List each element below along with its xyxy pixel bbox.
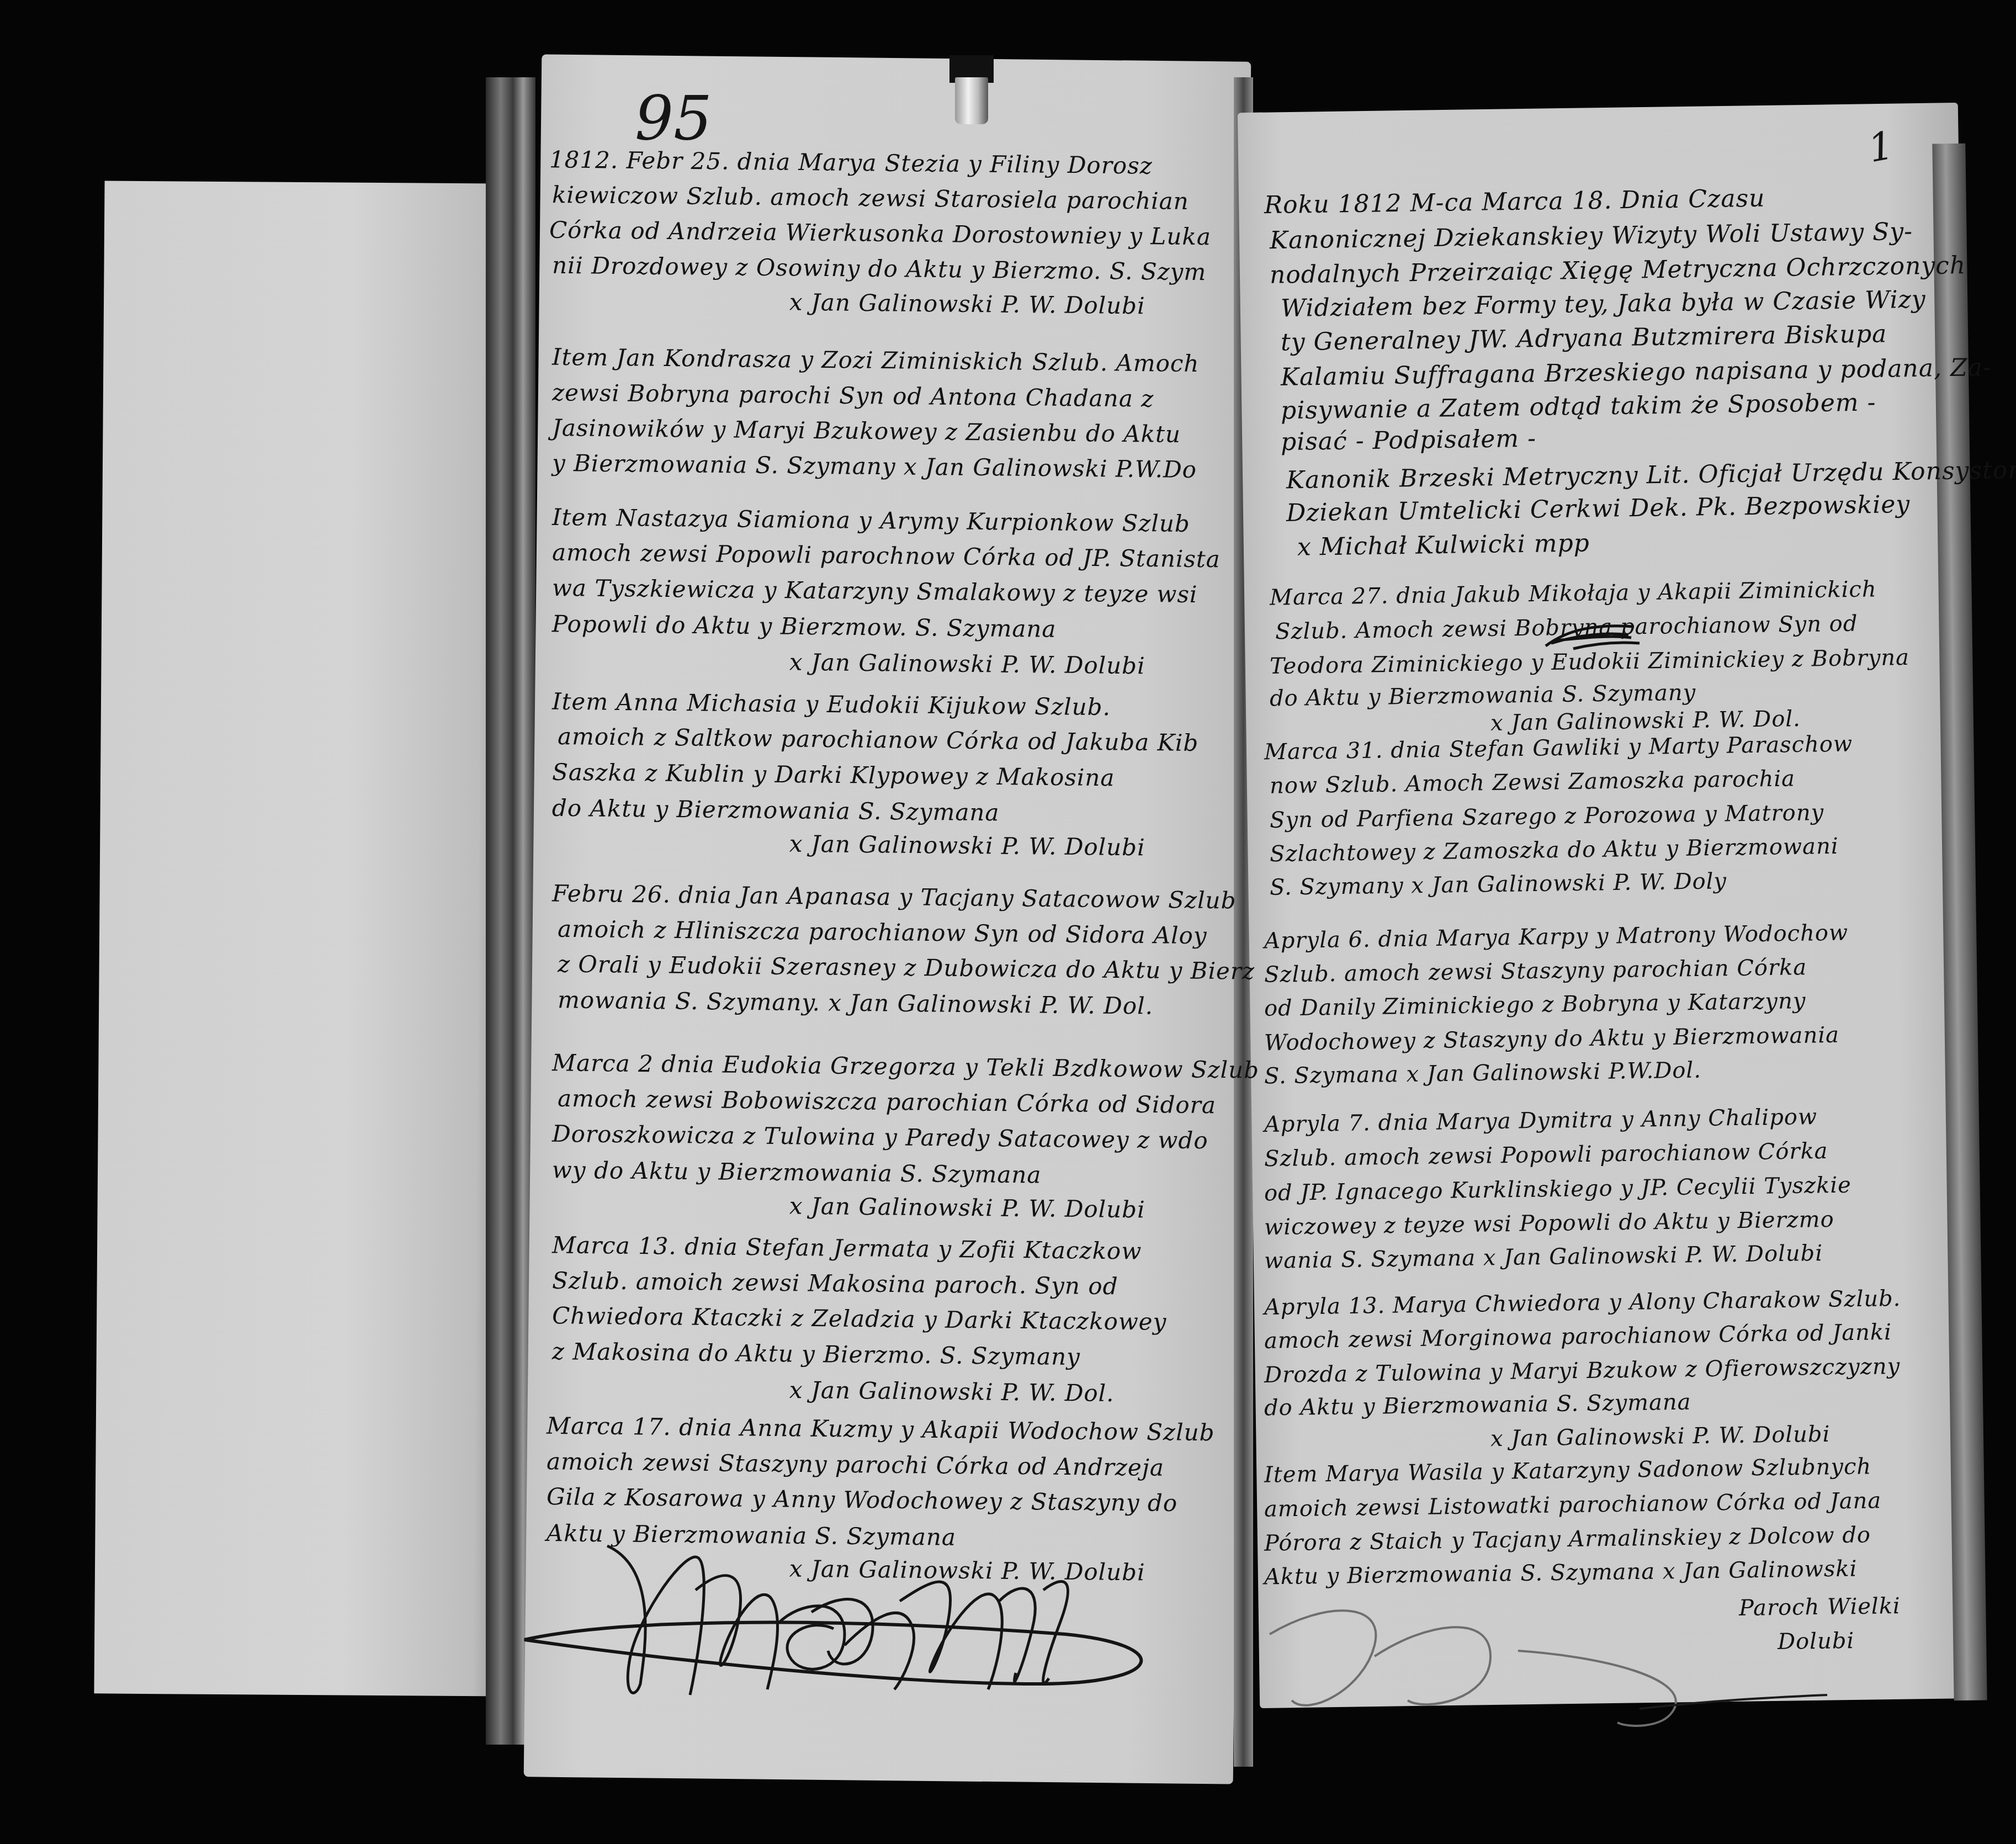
scribble-mark (1540, 618, 1645, 657)
blank-facing-page (94, 181, 516, 1696)
register-line: pisać - Podpisałem - (1281, 425, 1537, 456)
register-line: do Aktu y Bierzmowania S. Szymana (552, 794, 1000, 826)
folio-number-left: 95 (635, 83, 712, 153)
register-line: Popowli do Aktu y Bierzmow. S. Szymana (552, 610, 1057, 643)
priest-signature: x Jan Galinowski P. W. Dol. (789, 1376, 1115, 1407)
register-line: wy do Aktu y Bierzmowania S. Szymana (552, 1156, 1042, 1188)
priest-signature: x Michał Kulwicki mpp (1297, 529, 1590, 561)
priest-signature: x Jan Galinowski P. W. Dolubi (789, 649, 1145, 680)
metal-clip (955, 77, 988, 124)
priest-signature: x Jan Galinowski P. W. Dol. (1490, 706, 1801, 736)
pencil-marks-right (1242, 1590, 1849, 1734)
register-line: z Makosina do Aktu y Bierzmo. S. Szymany (552, 1338, 1080, 1370)
priest-signature: x Jan Galinowski P. W. Dolubi (789, 1193, 1145, 1223)
priest-signature: x Jan Galinowski P. W. Dolubi (1490, 1422, 1831, 1452)
priest-signature: x Jan Galinowski P. W. Dolubi (789, 830, 1145, 861)
priest-signature: x Jan Galinowski P. W. Dolubi (789, 289, 1145, 320)
signature-flourish-left (513, 1535, 1176, 1717)
